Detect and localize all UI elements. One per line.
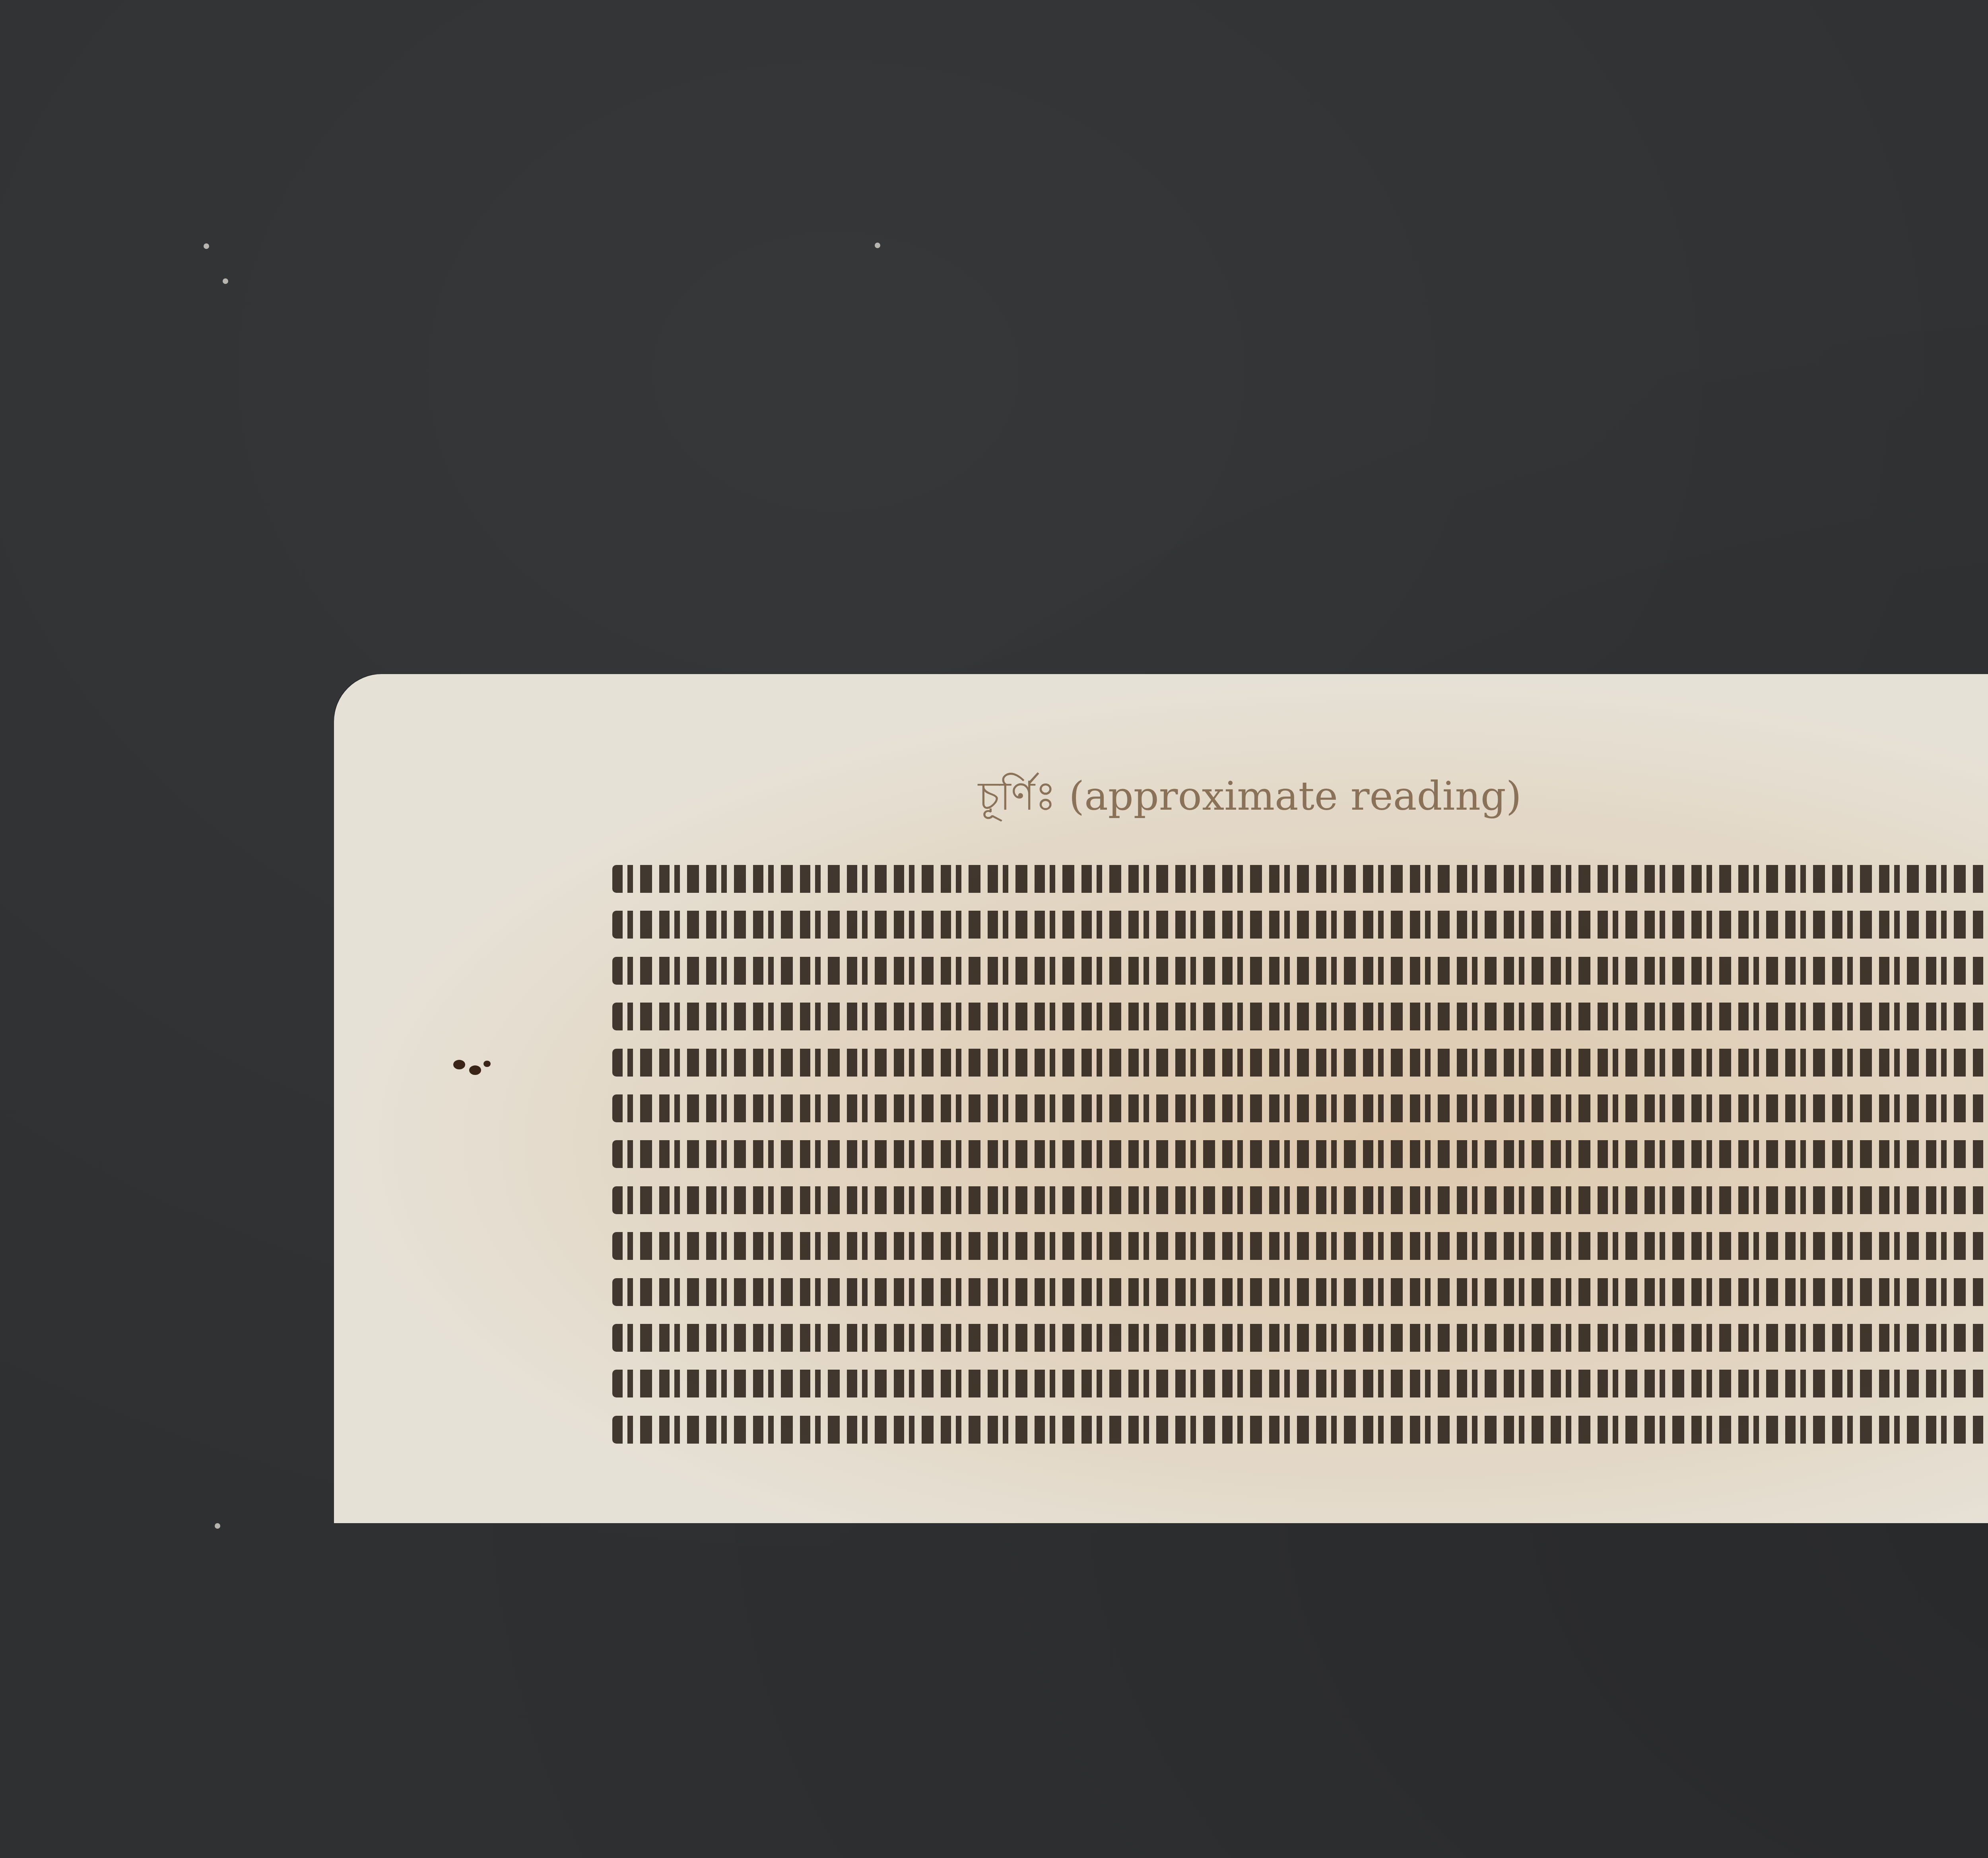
- dust-speck: [875, 243, 880, 248]
- text-line: [612, 1220, 1988, 1266]
- dust-speck: [215, 1523, 220, 1529]
- text-line: [612, 1128, 1988, 1174]
- text-line: [612, 1037, 1988, 1083]
- text-line: [612, 945, 1988, 991]
- text-line: [612, 1404, 1988, 1450]
- text-line: [612, 1266, 1988, 1312]
- text-line: [612, 1083, 1988, 1128]
- text-line: [612, 1312, 1988, 1358]
- text-line: [612, 991, 1988, 1036]
- text-line: [612, 853, 1988, 899]
- margin-ink-blots: [453, 1060, 493, 1076]
- manuscript-text-block: [612, 853, 1988, 1450]
- text-line: [612, 1358, 1988, 1403]
- dust-speck: [204, 243, 209, 249]
- manuscript-leaf: চূর্ণিঃ (approximate reading) পুঃ ৩ (app…: [334, 674, 1988, 1523]
- text-line: [612, 899, 1988, 945]
- header-left-mark: চূর্ণিঃ (approximate reading): [978, 766, 1522, 832]
- text-line: [612, 1174, 1988, 1220]
- dust-speck: [223, 278, 228, 284]
